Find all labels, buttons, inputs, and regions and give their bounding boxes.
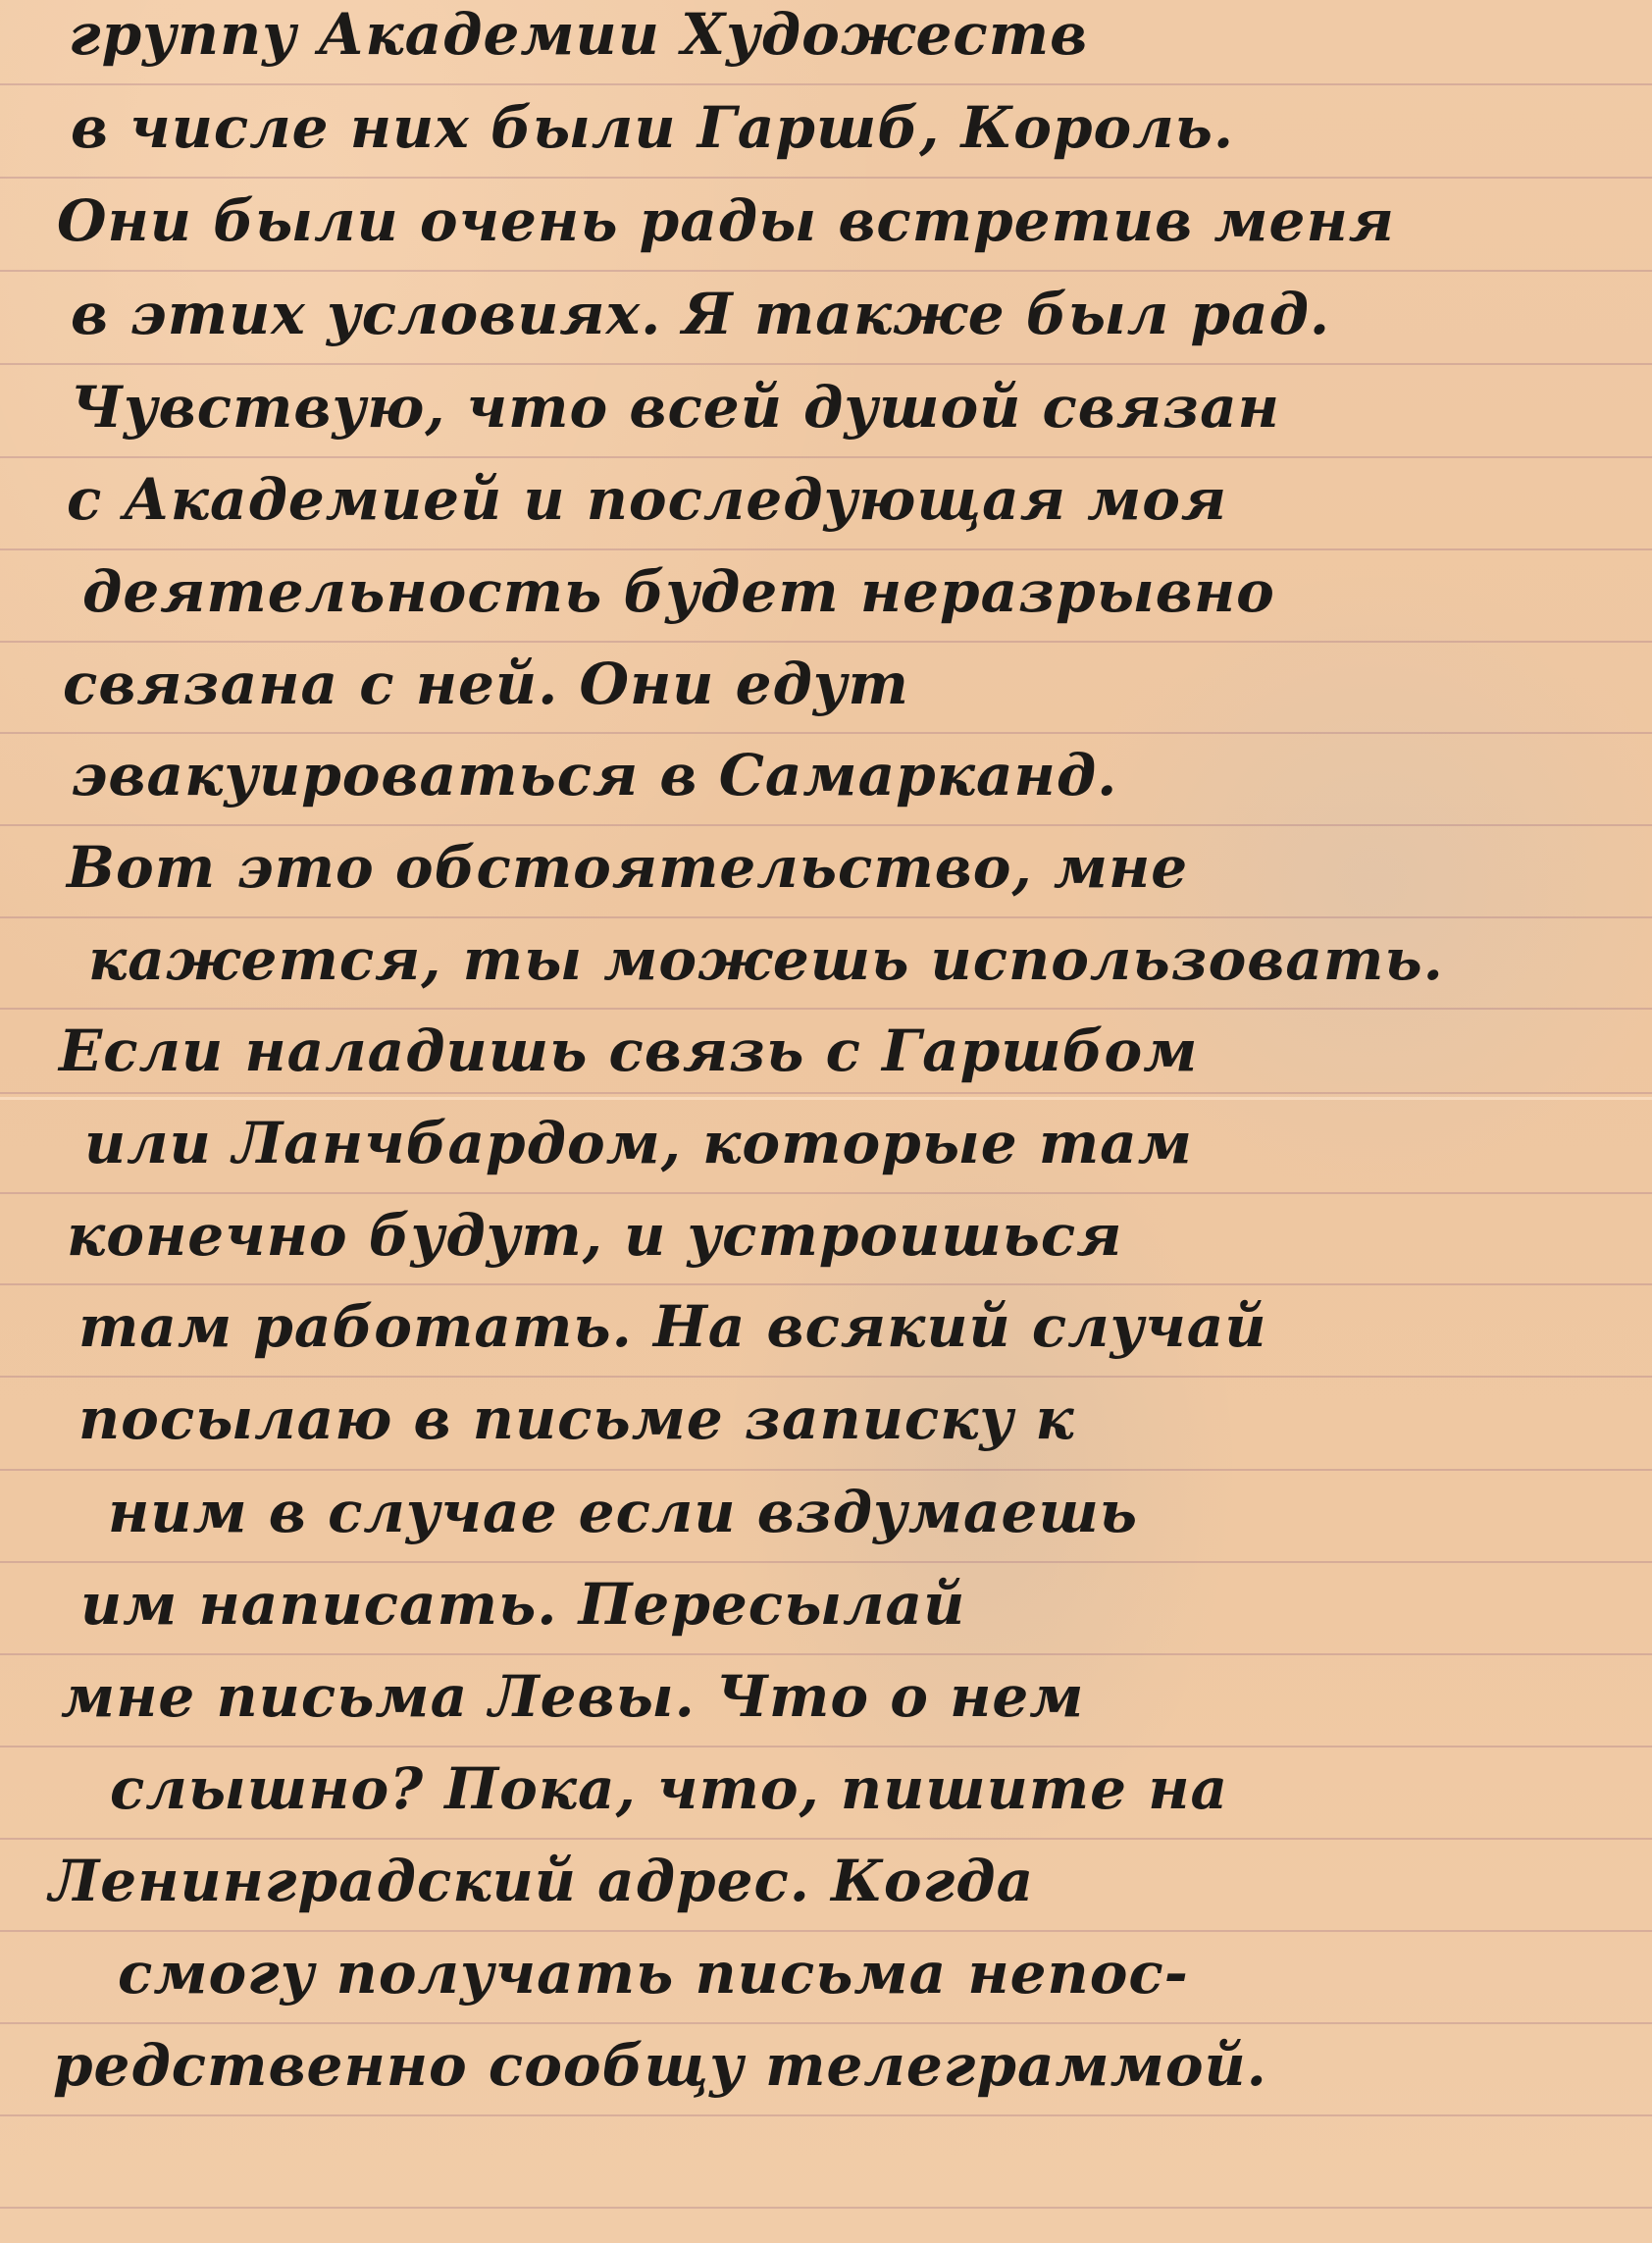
handwritten-line: связана с ней. Они едут xyxy=(63,638,1652,730)
handwritten-line: в числе них были Гаршб, Король. xyxy=(71,81,1652,174)
handwritten-line: им написать. Пересылай xyxy=(80,1558,1652,1650)
handwritten-line: там работать. На всякий случай xyxy=(78,1280,1652,1373)
handwritten-line: эвакуироваться в Самарканд. xyxy=(71,729,1652,821)
handwritten-line: посылаю в письме записку к xyxy=(78,1373,1652,1465)
letter-paper: группу Академии Художеств в числе них бы… xyxy=(0,0,1652,2243)
handwritten-line: конечно будут, и устроишься xyxy=(67,1189,1652,1281)
handwritten-line: смогу получать письма непос- xyxy=(118,1927,1652,2019)
handwritten-line: Чувствую, что всей душой связан xyxy=(71,361,1652,453)
handwritten-line: редственно сообщу телеграммой. xyxy=(53,2019,1652,2112)
handwritten-line: в этих условиях. Я также был рад. xyxy=(71,268,1652,360)
handwritten-line: или Ланчбардом, которые там xyxy=(84,1097,1652,1189)
handwritten-line: Они были очень рады встретив меня xyxy=(57,175,1652,267)
handwritten-line: кажется, ты можешь использовать. xyxy=(88,913,1652,1006)
handwritten-line: Вот это обстоятельство, мне xyxy=(67,821,1652,913)
handwritten-line: группу Академии Художеств xyxy=(69,0,1652,80)
handwritten-line: с Академией и последующая моя xyxy=(67,453,1652,546)
handwritten-line: деятельность будет неразрывно xyxy=(82,546,1652,638)
ruled-line xyxy=(0,2207,1652,2209)
handwritten-line: ним в случае если вздумаешь xyxy=(108,1466,1652,1558)
handwritten-line: мне письма Левы. Что о нем xyxy=(61,1650,1652,1743)
ruled-line xyxy=(0,2114,1652,2116)
handwritten-line: Ленинградский адрес. Когда xyxy=(49,1835,1652,1927)
handwritten-line: Если наладишь связь с Гаршбом xyxy=(59,1005,1652,1097)
handwritten-line: слышно? Пока, что, пишите на xyxy=(110,1743,1652,1835)
